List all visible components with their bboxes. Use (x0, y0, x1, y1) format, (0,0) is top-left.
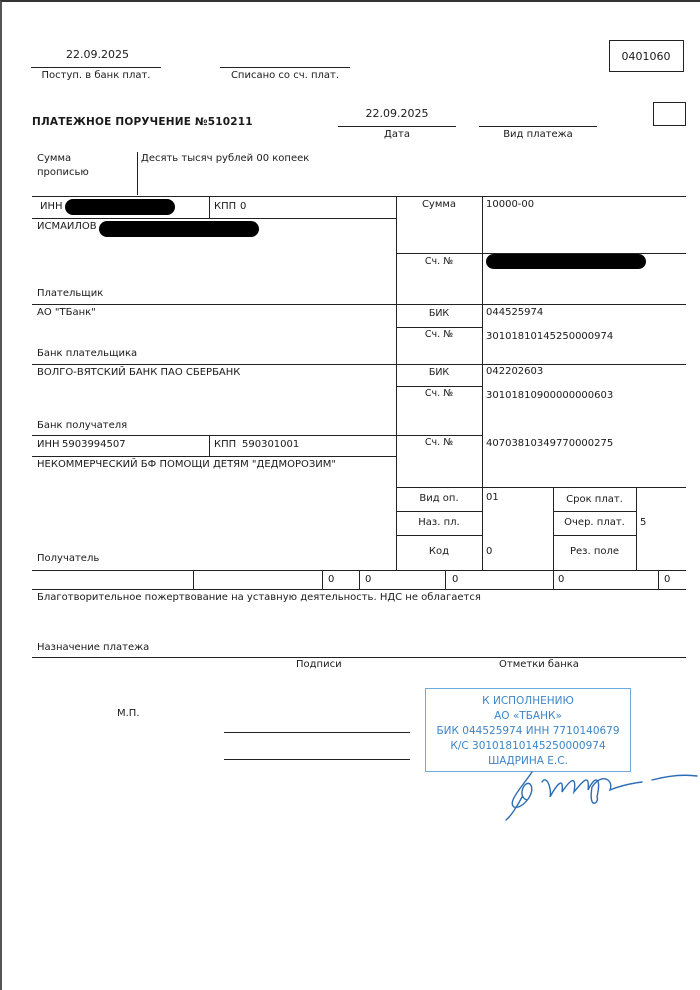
payee-name: НЕКОММЕРЧЕСКИЙ БФ ПОМОЩИ ДЕТЯМ "ДЕДМОРОЗ… (37, 460, 336, 470)
payee-account-label: Сч. № (396, 438, 482, 448)
grid-line (553, 511, 636, 512)
grid-line (32, 218, 396, 219)
priority-label: Очер. плат. (553, 518, 636, 528)
op-type-value: 01 (486, 493, 499, 503)
grid-line (553, 535, 636, 536)
purpose-code-label: Наз. пл. (396, 518, 482, 528)
debited-label: Списано со сч. плат. (220, 71, 350, 81)
payee-account-value: 40703810349770000275 (486, 439, 613, 449)
priority-value: 5 (640, 518, 646, 528)
debited-line (220, 67, 350, 68)
page-title: ПЛАТЕЖНОЕ ПОРУЧЕНИЕ №510211 (32, 117, 253, 128)
grid-line (553, 570, 554, 589)
redacted-payer-inn (65, 199, 175, 215)
grid-line (396, 487, 686, 488)
grid-line (209, 435, 210, 456)
redacted-payer-account (486, 254, 646, 269)
signature-line-2 (224, 759, 410, 760)
grid-line (359, 570, 360, 589)
grid-line (396, 386, 482, 387)
code-value: 0 (486, 547, 492, 557)
handwritten-signature-icon (502, 762, 700, 822)
grid-line (32, 589, 686, 590)
redacted-payer-name (99, 221, 259, 237)
reserve-label: Рез. поле (553, 547, 636, 557)
stamp-place-label: М.П. (117, 709, 140, 719)
grid-line (193, 570, 194, 589)
payee-bank-name: ВОЛГО-ВЯТСКИЙ БАНК ПАО СБЕРБАНК (37, 368, 240, 378)
tax-field-4: 0 (365, 575, 371, 585)
bank-marks-label: Отметки банка (499, 660, 579, 670)
tax-field-3: 0 (328, 575, 334, 585)
grid-line (32, 456, 396, 457)
payment-order-page: 22.09.2025 Поступ. в банк плат. Списано … (0, 0, 700, 990)
purpose-label: Назначение платежа (37, 643, 149, 653)
payment-type-line (479, 126, 597, 127)
op-type-label: Вид оп. (396, 494, 482, 504)
grid-line (396, 327, 482, 328)
payer-kpp-label: КПП (214, 202, 236, 212)
payer-bank-bik-label: БИК (396, 309, 482, 319)
payer-bank-account-value: 30101810145250000974 (486, 332, 613, 342)
payee-bank-bik-value: 042202603 (486, 367, 543, 377)
payee-bank-bik-label: БИК (396, 368, 482, 378)
received-date: 22.09.2025 (35, 49, 160, 60)
payee-bank-role-label: Банк получателя (37, 421, 127, 431)
form-code: 0401060 (610, 51, 682, 62)
term-label: Срок плат. (553, 495, 636, 505)
payer-account-label: Сч. № (396, 257, 482, 267)
grid-line (32, 364, 686, 365)
divider (137, 152, 138, 195)
tax-field-5: 0 (452, 575, 458, 585)
payer-bank-name: АО "ТБанк" (37, 308, 96, 318)
date-line (338, 126, 456, 127)
form-code-box: 0401060 (609, 40, 684, 72)
payee-role-label: Получатель (37, 554, 99, 564)
amount-words-label-2: прописью (37, 168, 89, 178)
tax-field-6: 0 (558, 575, 564, 585)
stamp-line-3: БИК 044525974 ИНН 7710140679 (426, 724, 630, 739)
payee-kpp-label: КПП (214, 440, 236, 450)
payer-name: ИСМАИЛОВ (37, 222, 97, 232)
amount-words-label-1: Сумма (37, 154, 71, 164)
order-date: 22.09.2025 (338, 108, 456, 119)
stamp-line-1: К ИСПОЛНЕНИЮ (426, 694, 630, 709)
grid-line (658, 570, 659, 589)
tax-field-7: 0 (664, 575, 670, 585)
purpose-text: Благотворительное пожертвование на устав… (37, 593, 481, 603)
payer-inn-label: ИНН (40, 202, 63, 212)
signatures-label: Подписи (296, 660, 342, 670)
payee-kpp-value: 590301001 (242, 440, 299, 450)
grid-line (32, 435, 482, 436)
payer-bank-role-label: Банк плательщика (37, 349, 137, 359)
grid-line (396, 535, 482, 536)
status-box (653, 102, 686, 126)
payee-bank-account-value: 30101810900000000603 (486, 391, 613, 401)
payer-role-label: Плательщик (37, 289, 103, 299)
grid-line (396, 511, 482, 512)
grid-line (32, 304, 686, 305)
amount-value: 10000-00 (486, 200, 534, 210)
amount-words-value: Десять тысяч рублей 00 копеек (141, 154, 309, 164)
payer-bank-bik-value: 044525974 (486, 308, 543, 318)
payee-inn-value: 5903994507 (62, 440, 126, 450)
grid-line (32, 657, 686, 658)
amount-label: Сумма (396, 200, 482, 210)
grid-line (209, 196, 210, 218)
grid-line (445, 570, 446, 589)
payee-bank-account-label: Сч. № (396, 389, 482, 399)
date-label: Дата (338, 130, 456, 140)
code-label: Код (396, 547, 482, 557)
bank-stamp: К ИСПОЛНЕНИЮ АО «ТБАНК» БИК 044525974 ИН… (425, 688, 631, 772)
stamp-line-4: К/С 30101810145250000974 (426, 739, 630, 754)
payer-kpp-value: 0 (240, 202, 246, 212)
grid-line (322, 570, 323, 589)
stamp-line-2: АО «ТБАНК» (426, 709, 630, 724)
signature-line-1 (224, 732, 410, 733)
payment-type-label: Вид платежа (479, 130, 597, 140)
payee-inn-label: ИНН (37, 440, 60, 450)
received-line (31, 67, 161, 68)
payer-bank-account-label: Сч. № (396, 330, 482, 340)
grid-line (32, 196, 686, 197)
received-label: Поступ. в банк плат. (31, 71, 161, 81)
grid-line (636, 487, 637, 570)
